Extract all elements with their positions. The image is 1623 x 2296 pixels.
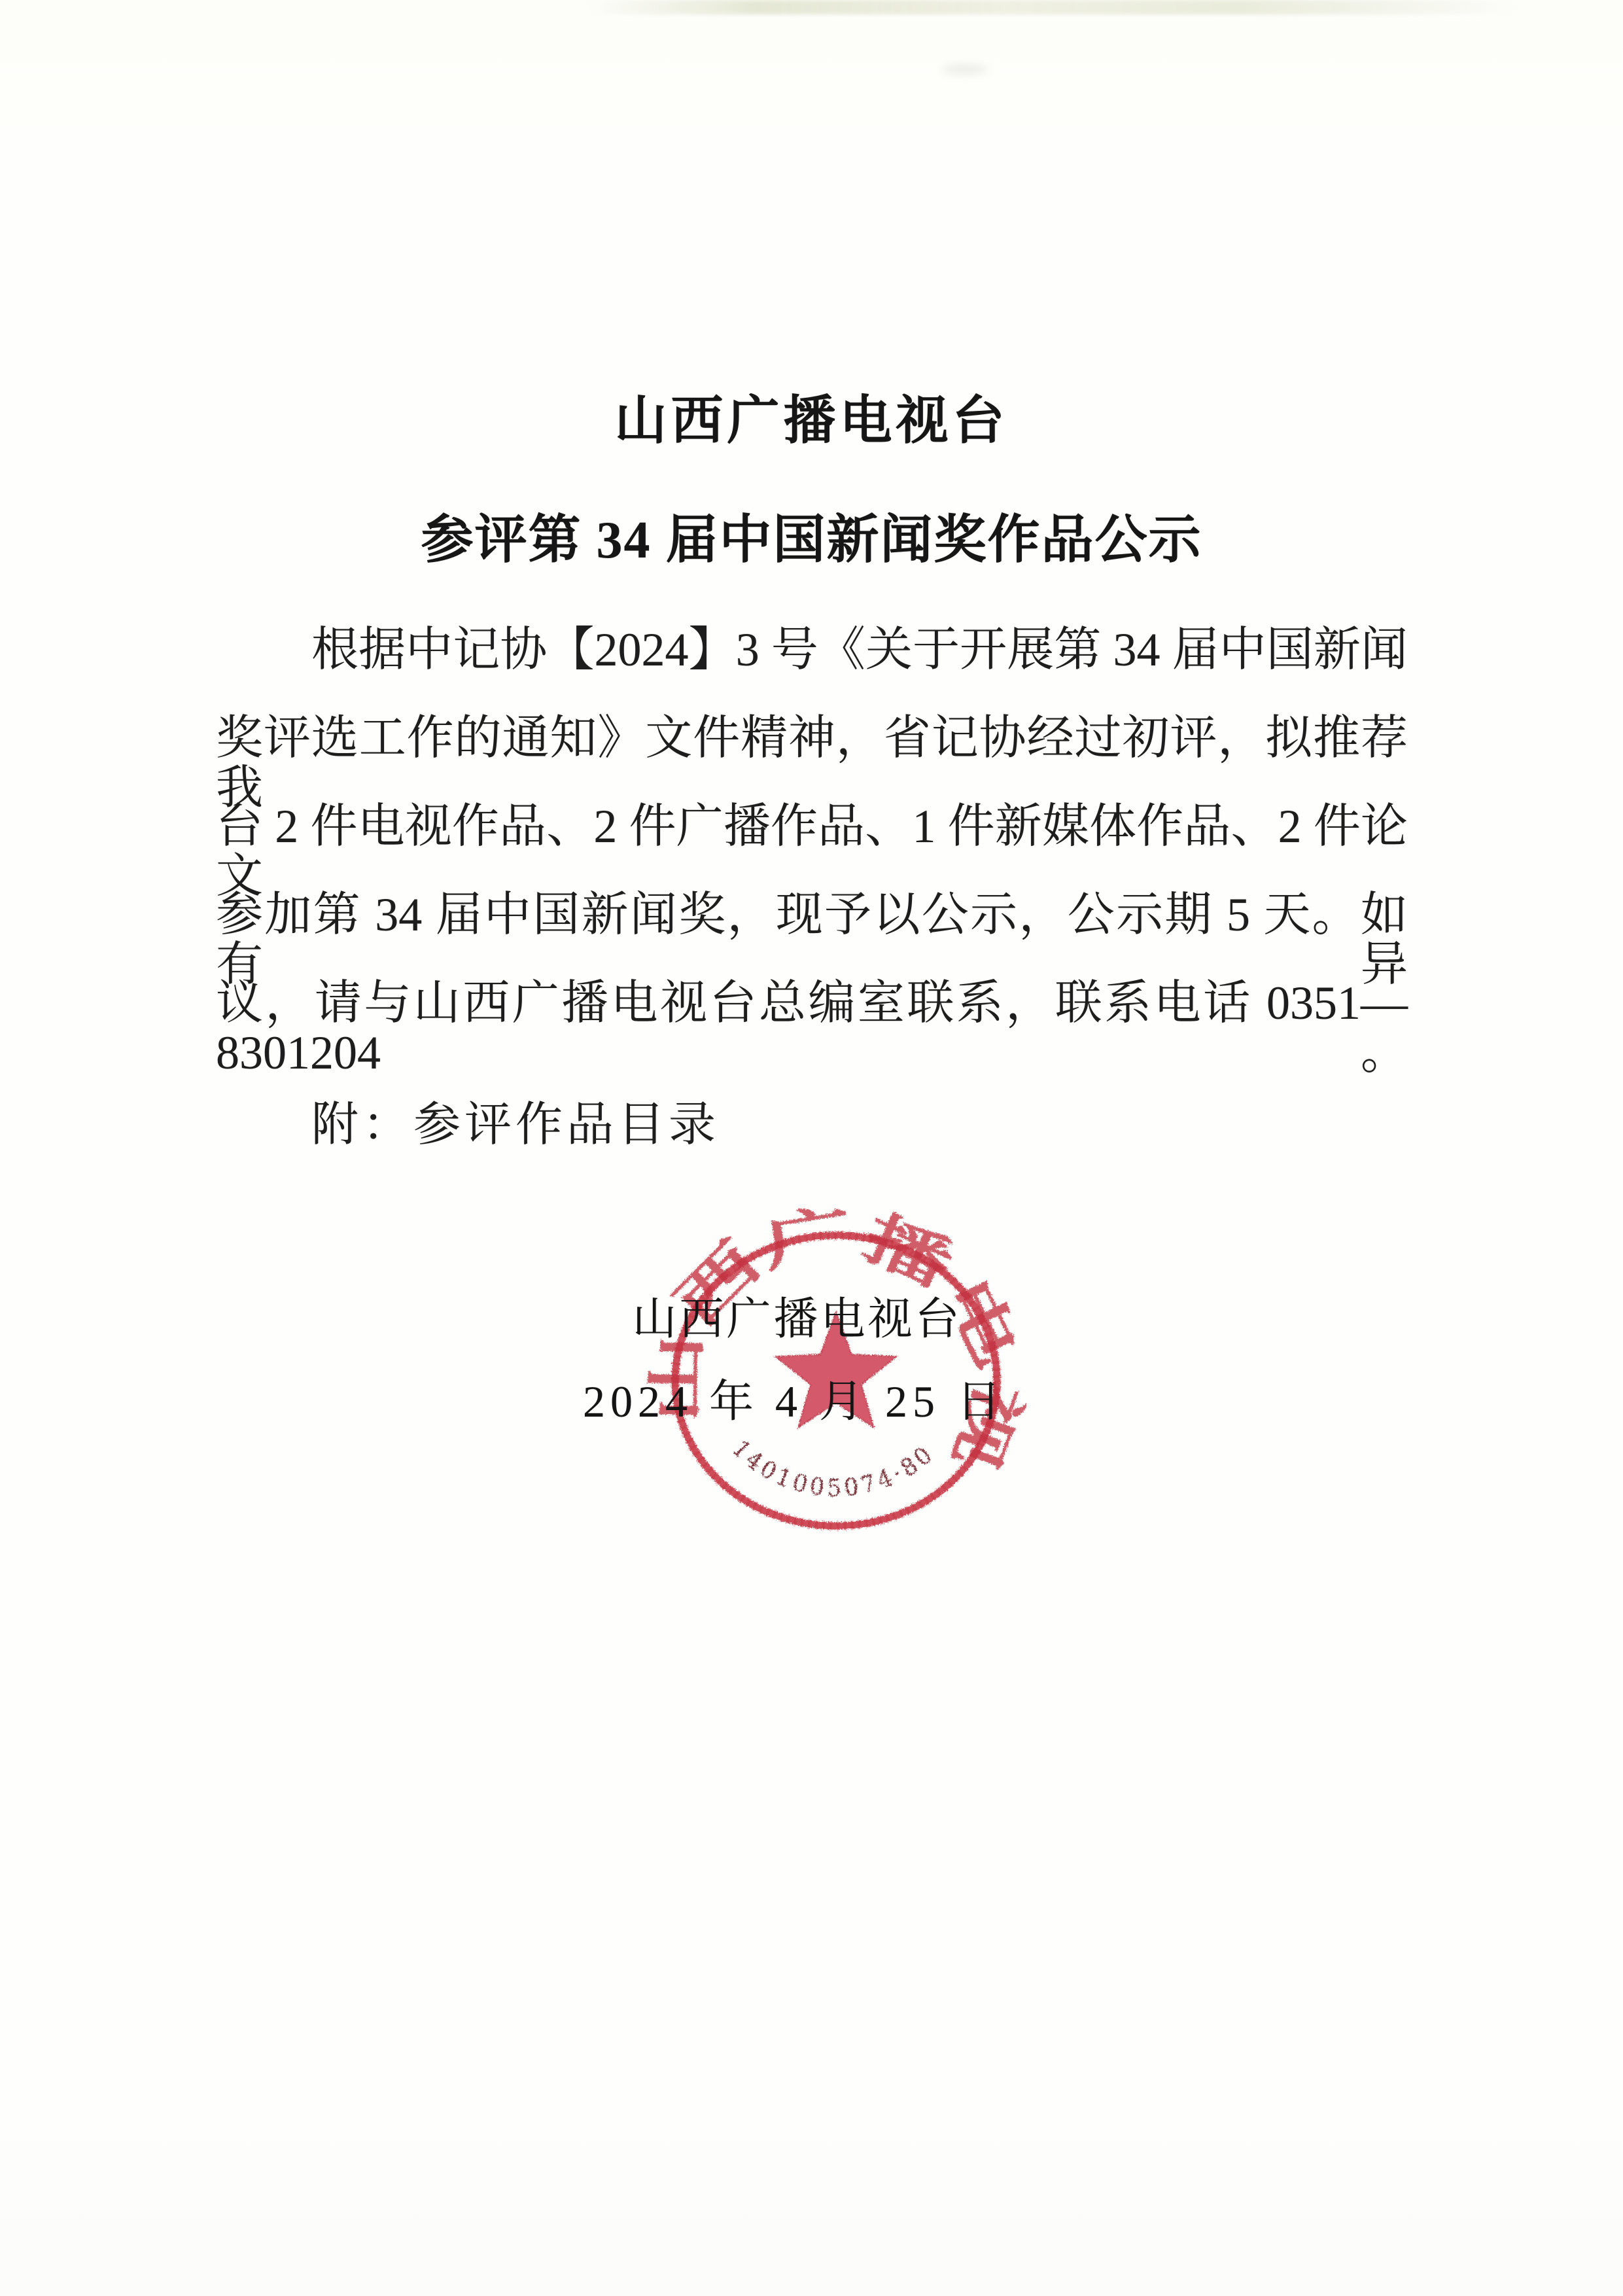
- svg-text:1401005074·80: 1401005074·80: [727, 1435, 940, 1502]
- attachment-note: 附：参评作品目录: [311, 1086, 720, 1154]
- body-line: 根据中记协【2024】3 号《关于开展第 34 届中国新闻: [216, 625, 1408, 675]
- scan-artifact-top-edge: [589, 0, 1518, 14]
- scan-artifact-smudge: [942, 64, 988, 75]
- body-line: 议，请与山西广播电视台总编室联系，联系电话 0351—8301204。: [216, 978, 1408, 1078]
- body-line: 台 2 件电视作品、2 件广播作品、1 件新媒体作品、2 件论文: [216, 802, 1408, 901]
- scanned-document-page: 山西广播电视台 参评第 34 届中国新闻奖作品公示 根据中记协【2024】3 号…: [0, 0, 1623, 2296]
- page-title: 山西广播电视台: [0, 378, 1623, 453]
- body-line: 奖评选工作的通知》文件精神，省记协经过初评，拟推荐我: [216, 713, 1408, 813]
- signature-date: 2024 年 4 月 25 日: [0, 1366, 1606, 1430]
- page-subtitle: 参评第 34 届中国新闻奖作品公示: [0, 497, 1623, 573]
- body-line: 参加第 34 届中国新闻奖，现予以公示，公示期 5 天。如有异: [216, 890, 1408, 989]
- seal-serial-number: 1401005074·80: [727, 1435, 940, 1502]
- signature-organization: 山西广播电视台: [0, 1284, 1609, 1347]
